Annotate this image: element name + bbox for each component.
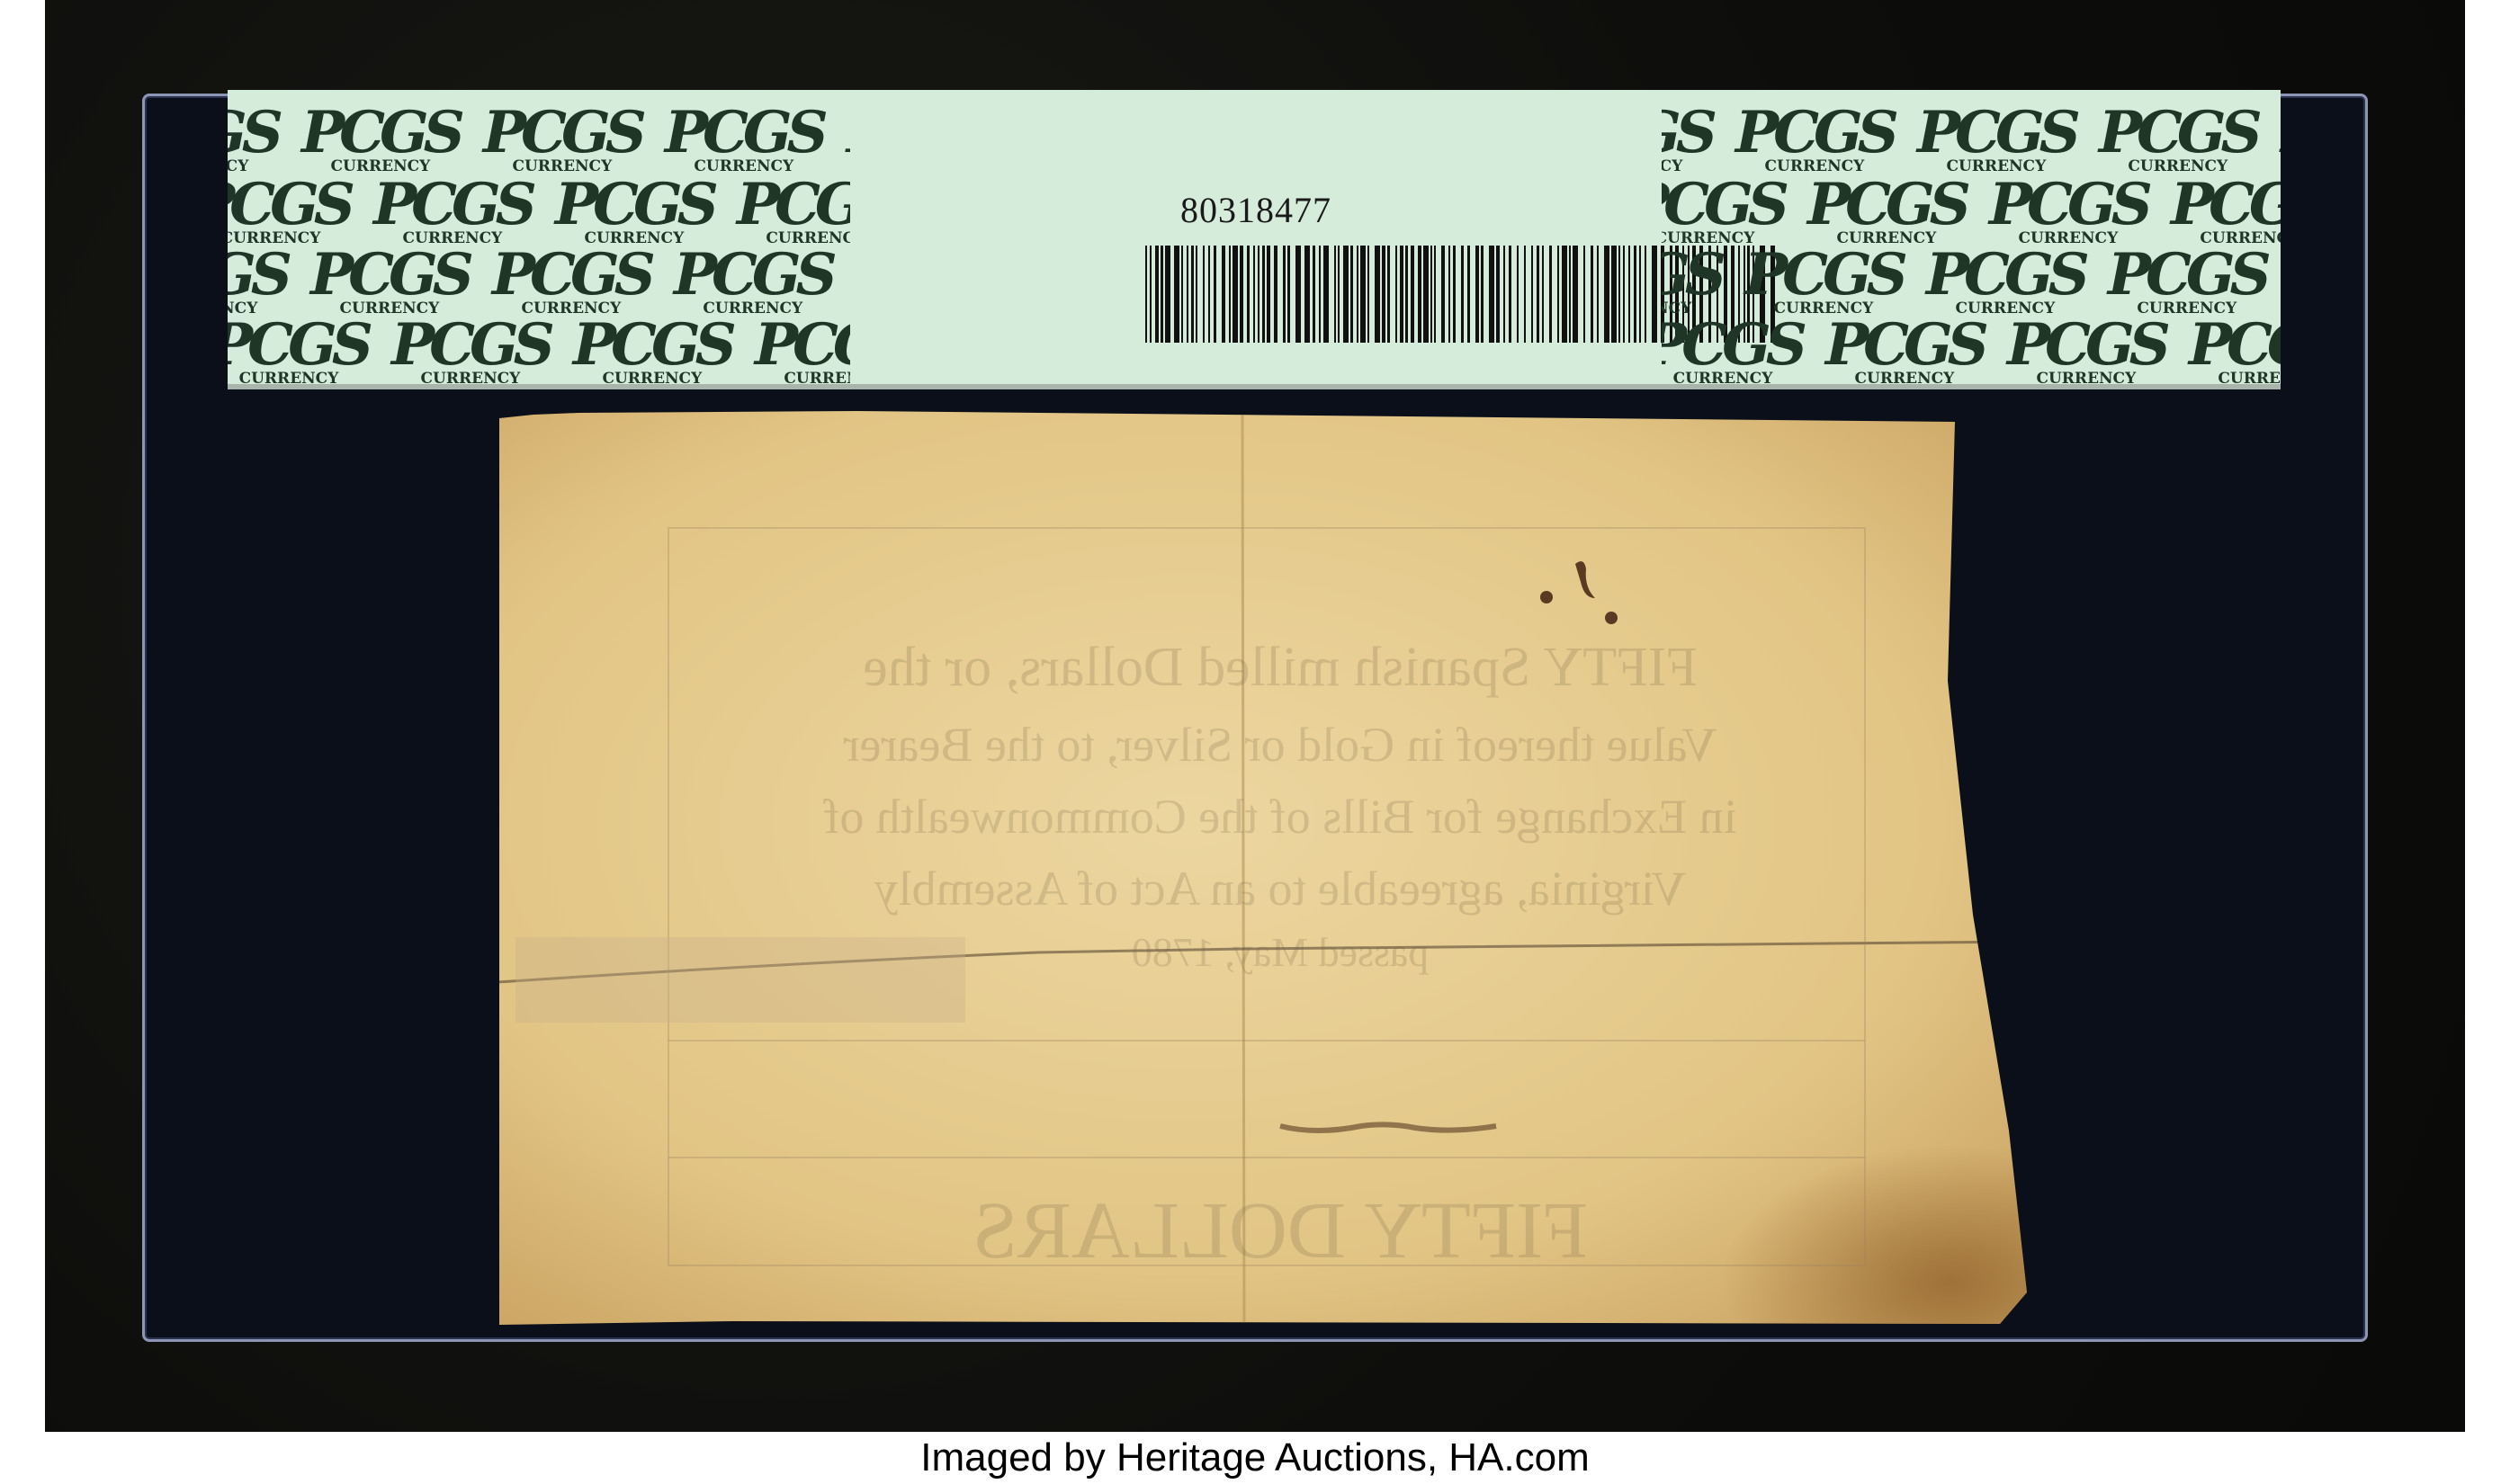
pcgs-logo-icon: PCGSCURRENCY: [847, 108, 850, 174]
pcgs-pattern-right: PCGSCURRENCYPCGSCURRENCYPCGSCURRENCYPCGS…: [1662, 90, 2281, 384]
bleed-through-line: FIFTY Spanish milled Dollars, or the: [704, 636, 1856, 700]
pcgs-logo-icon: PCGSCURRENCY: [1662, 320, 1802, 384]
pcgs-logo-icon: PCGSCURRENCY: [1807, 180, 1966, 246]
pcgs-logo-icon: PCGSCURRENCY: [2108, 250, 2266, 317]
bleed-through-line: FIFTY DOLLARS: [704, 1185, 1856, 1277]
pcgs-logo-icon: PCGSCURRENCY: [492, 250, 650, 317]
pcgs-label: PCGSCURRENCYPCGSCURRENCYPCGSCURRENCYPCGS…: [228, 90, 2281, 389]
bleed-through-line: Value thereof in Gold or Silver, to the …: [704, 717, 1856, 773]
pcgs-logo-icon: PCGSCURRENCY: [1825, 320, 1984, 384]
pcgs-pattern-left: PCGSCURRENCYPCGSCURRENCYPCGSCURRENCYPCGS…: [228, 90, 850, 384]
pcgs-logo-icon: PCGSCURRENCY: [1735, 108, 1894, 174]
pcgs-logo-icon: PCGSCURRENCY: [755, 320, 850, 384]
pcgs-logo-icon: PCGSCURRENCY: [555, 180, 713, 246]
pcgs-logo-icon: PCGSCURRENCY: [301, 108, 460, 174]
pcgs-logo-icon: PCGSCURRENCY: [665, 108, 823, 174]
pcgs-logo-icon: PCGSCURRENCY: [310, 250, 469, 317]
pcgs-logo-icon: PCGSCURRENCY: [483, 108, 641, 174]
bleed-through-line: in Exchange for Bills of the Commonwealt…: [704, 789, 1856, 845]
pcgs-logo-icon: PCGSCURRENCY: [228, 320, 368, 384]
pcgs-logo-icon: PCGSCURRENCY: [228, 250, 287, 317]
bleed-through-line: Virginia, agreeable to an Act of Assembl…: [704, 861, 1856, 916]
pcgs-logo-icon: PCGSCURRENCY: [391, 320, 550, 384]
pcgs-logo-icon: PCGSCURRENCY: [1662, 250, 1721, 317]
currency-note-back: FIFTY Spanish milled Dollars, or theValu…: [498, 411, 2027, 1328]
pcgs-logo-icon: PCGSCURRENCY: [674, 250, 832, 317]
pcgs-logo-icon: PCGSCURRENCY: [2099, 108, 2257, 174]
pcgs-logo-icon: PCGSCURRENCY: [2007, 320, 2165, 384]
serial-number: 80318477: [852, 189, 1660, 231]
pcgs-logo-icon: PCGSCURRENCY: [228, 180, 350, 246]
pcgs-logo-icon: PCGSCURRENCY: [1917, 108, 2075, 174]
pcgs-logo-icon: PCGSCURRENCY: [737, 180, 850, 246]
pcgs-logo-icon: PCGSCURRENCY: [1662, 108, 1712, 174]
pcgs-logo-icon: PCGSCURRENCY: [573, 320, 731, 384]
bleed-through-line: passed May, 1780: [704, 928, 1856, 976]
pcgs-logo-icon: PCGSCURRENCY: [1926, 250, 2084, 317]
pcgs-logo-icon: PCGSCURRENCY: [373, 180, 532, 246]
pcgs-logo-icon: PCGSCURRENCY: [2189, 320, 2281, 384]
label-center: 80318477: [852, 90, 1660, 384]
image-credit-caption: Imaged by Heritage Auctions, HA.com: [0, 1435, 2510, 1480]
pcgs-logo-icon: PCGSCURRENCY: [1662, 180, 1784, 246]
pcgs-logo-icon: PCGSCURRENCY: [2171, 180, 2281, 246]
pcgs-logo-icon: PCGSCURRENCY: [1989, 180, 2147, 246]
pcgs-logo-icon: PCGSCURRENCY: [228, 108, 278, 174]
pcgs-logo-icon: PCGSCURRENCY: [1744, 250, 1903, 317]
